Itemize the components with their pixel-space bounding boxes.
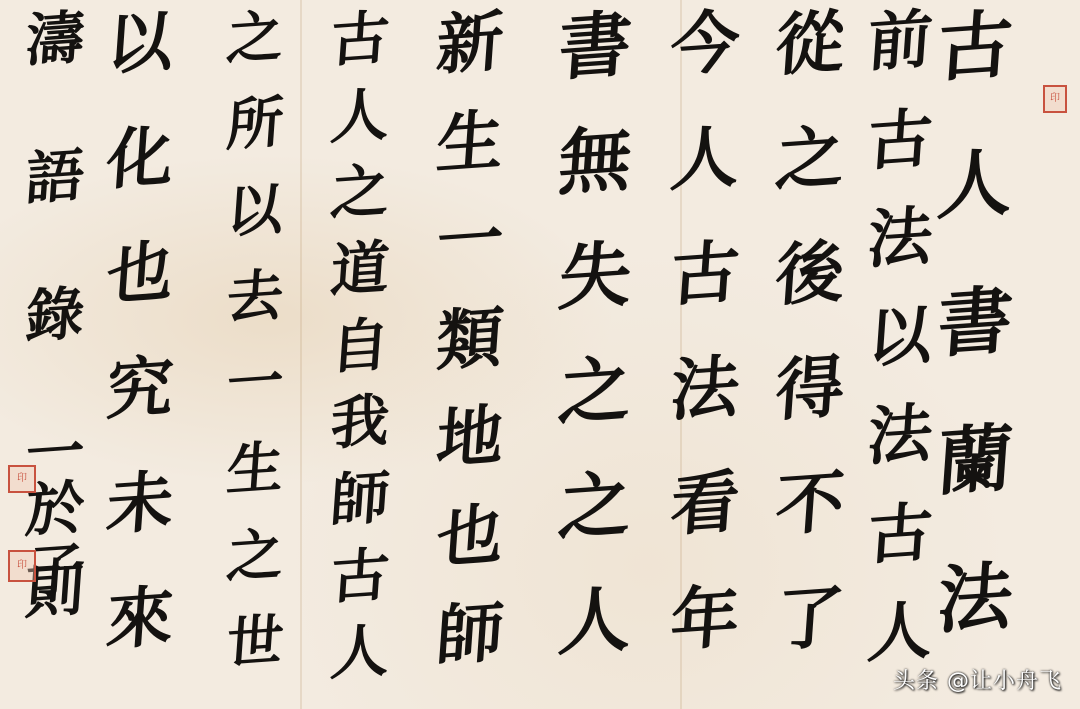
calligraphy-character: 人 xyxy=(935,146,1015,225)
calligraphy-character: 之 xyxy=(329,161,392,223)
calligraphy-column: 今人古法看年 xyxy=(671,10,739,700)
calligraphy-character: 生 xyxy=(225,439,285,499)
calligraphy-character: 未 xyxy=(104,468,175,538)
calligraphy-character: 書 xyxy=(556,8,634,85)
calligraphy-character: 一 xyxy=(434,205,505,275)
red-seal-stamp: 印 xyxy=(8,465,36,493)
calligraphy-character: 以 xyxy=(866,304,935,372)
calligraphy-character: 來 xyxy=(104,583,175,653)
red-seal-stamp: 印 xyxy=(8,550,36,582)
calligraphy-character: 古 xyxy=(329,545,392,607)
calligraphy-column: 古人之道自我師古人 xyxy=(331,10,389,700)
calligraphy-character: 之 xyxy=(225,8,285,68)
calligraphy-column: 書無失之之人 xyxy=(559,10,631,700)
calligraphy-character: 法 xyxy=(668,353,741,426)
calligraphy-character: 人 xyxy=(556,583,634,660)
calligraphy-character: 人 xyxy=(866,599,935,667)
calligraphy-character: 自 xyxy=(329,315,392,377)
calligraphy-character: 法 xyxy=(866,402,935,470)
red-seal-stamp: 印 xyxy=(1043,85,1067,113)
calligraphy-character: 去 xyxy=(225,267,285,327)
calligraphy-column: 於子 xyxy=(26,480,84,604)
calligraphy-character: 以 xyxy=(225,181,285,241)
calligraphy-character: 之 xyxy=(556,353,634,430)
calligraphy-character: 今 xyxy=(668,8,741,81)
calligraphy-character: 古 xyxy=(668,238,741,311)
calligraphy-character: 書 xyxy=(935,284,1015,363)
calligraphy-character: 法 xyxy=(866,205,935,273)
calligraphy-character: 失 xyxy=(556,238,634,315)
calligraphy-character: 生 xyxy=(434,106,505,176)
calligraphy-character: 語 xyxy=(24,146,87,208)
calligraphy-character: 從 xyxy=(773,8,846,81)
calligraphy-character: 古 xyxy=(935,8,1015,87)
calligraphy-character: 蘭 xyxy=(935,422,1015,501)
calligraphy-column: 之所以去一生之世 xyxy=(227,10,283,700)
calligraphy-character: 之 xyxy=(225,526,285,586)
calligraphy-character: 古 xyxy=(329,8,392,70)
calligraphy-character: 我 xyxy=(329,391,392,453)
calligraphy-character: 古 xyxy=(866,501,935,569)
calligraphy-character: 錄 xyxy=(24,284,87,346)
calligraphy-column: 前古法以法古人 xyxy=(868,10,932,700)
calligraphy-character: 地 xyxy=(434,402,505,472)
calligraphy-column: 古人書蘭法 xyxy=(938,10,1012,700)
calligraphy-character: 也 xyxy=(104,238,175,308)
calligraphy-character: 新 xyxy=(434,8,505,78)
calligraphy-column: 新生一類地也師 xyxy=(437,10,503,700)
calligraphy-character: 世 xyxy=(225,612,285,672)
calligraphy-character: 後 xyxy=(773,238,846,311)
calligraphy-character: 師 xyxy=(434,599,505,669)
calligraphy-character: 法 xyxy=(935,560,1015,639)
calligraphy-character: 之 xyxy=(773,123,846,196)
calligraphy-character: 化 xyxy=(104,123,175,193)
calligraphy-character: 類 xyxy=(434,303,505,373)
calligraphy-character: 之 xyxy=(556,468,634,545)
calligraphy-character: 不 xyxy=(773,468,846,541)
calligraphy-character: 年 xyxy=(668,583,741,656)
calligraphy-character: 了 xyxy=(773,583,846,656)
calligraphy-character: 究 xyxy=(104,353,175,423)
calligraphy-column: 從之後得不了 xyxy=(776,10,844,700)
calligraphy-character: 前 xyxy=(866,8,935,76)
calligraphy-character: 無 xyxy=(556,123,634,200)
calligraphy-character: 人 xyxy=(668,123,741,196)
paper-fold xyxy=(300,0,302,709)
calligraphy-column: 以化也究未來 xyxy=(107,10,173,700)
calligraphy-character: 人 xyxy=(329,85,392,147)
calligraphy-character: 所 xyxy=(225,94,285,154)
calligraphy-artwork: 古人書蘭法前古法以法古人從之後得不了今人古法看年書無失之之人新生一類地也師古人之… xyxy=(0,0,1080,709)
calligraphy-character: 一 xyxy=(225,353,285,413)
calligraphy-character: 也 xyxy=(434,501,505,571)
calligraphy-character: 得 xyxy=(773,353,846,426)
calligraphy-character: 古 xyxy=(866,106,935,174)
calligraphy-character: 師 xyxy=(329,468,392,530)
calligraphy-character: 道 xyxy=(329,238,392,300)
calligraphy-character: 人 xyxy=(329,621,392,683)
calligraphy-character: 看 xyxy=(668,468,741,541)
calligraphy-character: 以 xyxy=(104,8,175,78)
watermark: 头条 @让小舟飞 xyxy=(893,664,1062,695)
calligraphy-character: 濤 xyxy=(24,8,87,70)
